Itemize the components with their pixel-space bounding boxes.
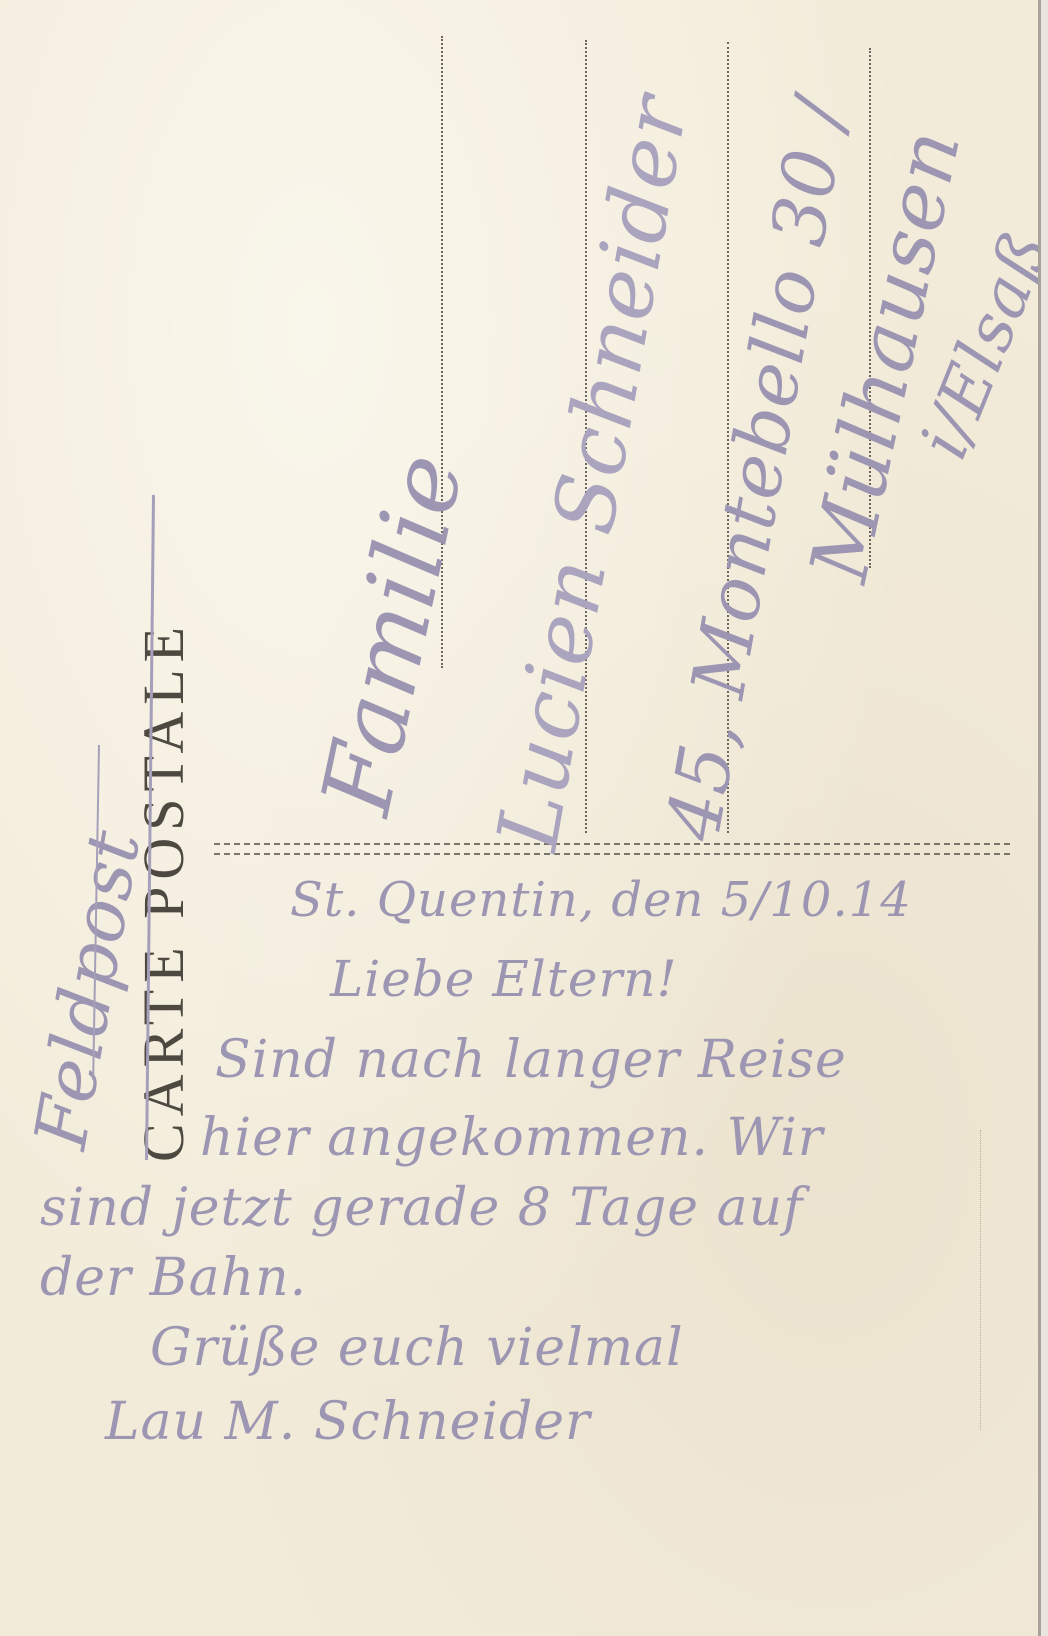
message-closing: Grüße euch vielmal xyxy=(150,1318,684,1378)
message-signature: Lau M. Schneider xyxy=(105,1392,591,1452)
divider-line-top xyxy=(214,843,1010,845)
message-body-line-2: hier angekommen. Wir xyxy=(200,1108,824,1168)
message-body-line-4: der Bahn. xyxy=(40,1248,307,1308)
faint-margin-dots xyxy=(980,1130,981,1430)
message-place-date: St. Quentin, den 5/10.14 xyxy=(290,872,912,928)
postcard-back: CARTE POSTALE Feldpost Familie Lucien Sc… xyxy=(0,0,1041,1636)
message-salutation: Liebe Eltern! xyxy=(330,950,678,1008)
message-body-line-3: sind jetzt gerade 8 Tage auf xyxy=(40,1178,803,1238)
message-body-line-1: Sind nach langer Reise xyxy=(215,1030,847,1090)
divider-line-bottom xyxy=(214,853,1010,855)
address-line-1: Familie xyxy=(300,444,485,824)
